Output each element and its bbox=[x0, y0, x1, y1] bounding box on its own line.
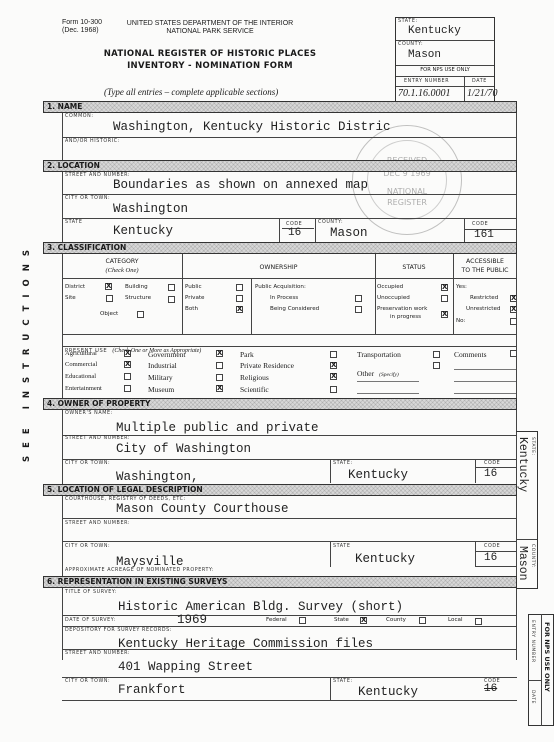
use-other-label-group: Other (Specify) bbox=[357, 361, 399, 380]
category-object-label: Object bbox=[100, 311, 118, 317]
use-religious-label: Religious bbox=[240, 373, 269, 382]
use-other-specify-note: (Specify) bbox=[379, 372, 399, 378]
corner-state-value: Kentucky bbox=[408, 25, 461, 37]
survey-local-label: Local bbox=[448, 617, 463, 623]
use-private-residence-label: Private Residence bbox=[240, 361, 294, 370]
legal-code-value[interactable]: 16 bbox=[484, 552, 497, 564]
survey-title-value[interactable]: Historic American Bldg. Survey (short) bbox=[118, 600, 403, 614]
form-title-line-2: INVENTORY - NOMINATION FORM bbox=[80, 60, 340, 72]
section-6-header: 6. REPRESENTATION IN EXISTING SURVEYS bbox=[43, 576, 517, 588]
category-district-label: District bbox=[65, 284, 85, 290]
agency-header: UNITED STATES DEPARTMENT OF THE INTERIOR… bbox=[110, 20, 310, 36]
survey-street-value[interactable]: 401 Wapping Street bbox=[118, 660, 253, 674]
use-scientific-checkbox[interactable] bbox=[330, 386, 337, 393]
type-instruction: (Type all entries – complete applicable … bbox=[104, 87, 278, 97]
use-transportation-checkbox[interactable] bbox=[433, 351, 440, 358]
use-museum-label: Museum bbox=[148, 385, 174, 394]
status-preservation-checkbox[interactable]: X bbox=[441, 311, 448, 318]
corner-date-value: 1/21/70 bbox=[467, 88, 498, 99]
owner-code-value[interactable]: 16 bbox=[484, 468, 497, 480]
corner-entry-number-value: 70.1.16.0001 bbox=[398, 88, 451, 99]
use-entertainment-checkbox[interactable] bbox=[124, 385, 131, 392]
survey-street-label: STREET AND NUMBER: bbox=[65, 651, 130, 656]
stamp-inner-ring bbox=[367, 140, 447, 220]
corner-state-label: STATE: bbox=[398, 19, 418, 24]
stamp-register: REGISTER bbox=[353, 198, 461, 207]
use-private-residence-checkbox[interactable]: X bbox=[330, 362, 337, 369]
category-site-checkbox[interactable] bbox=[106, 295, 113, 302]
use-park-label: Park bbox=[240, 350, 254, 359]
status-unoccupied-label: Unoccupied bbox=[377, 295, 410, 301]
right-entry-number-label: ENTRY NUMBER bbox=[530, 620, 535, 663]
use-industrial-label: Industrial bbox=[148, 361, 177, 370]
legal-state-label: STATE bbox=[333, 544, 350, 549]
accessible-yes-label: Yes: bbox=[456, 284, 467, 290]
survey-city-value[interactable]: Frankfort bbox=[118, 683, 186, 697]
category-building-label: Building bbox=[125, 284, 148, 290]
category-header: CATEGORY bbox=[62, 258, 182, 265]
use-agricultural-checkbox[interactable]: X bbox=[124, 350, 131, 357]
location-county-value[interactable]: Mason bbox=[330, 226, 368, 240]
survey-county-checkbox[interactable] bbox=[419, 617, 426, 624]
legal-state-value[interactable]: Kentucky bbox=[355, 552, 415, 566]
accessible-unrestricted-checkbox[interactable]: X bbox=[510, 306, 517, 313]
right-county-value: Mason bbox=[516, 546, 529, 581]
legal-street-label: STREET AND NUMBER: bbox=[65, 521, 130, 526]
survey-state-checkbox[interactable]: X bbox=[360, 617, 367, 624]
category-site-label: Site bbox=[65, 295, 76, 301]
depository-label: DEPOSITORY FOR SURVEY RECORDS: bbox=[65, 628, 172, 633]
owner-city-value[interactable]: Washington, bbox=[116, 470, 199, 484]
use-museum-checkbox[interactable]: X bbox=[216, 385, 223, 392]
section-3-header: 3. CLASSIFICATION bbox=[43, 242, 517, 254]
location-county-label: COUNTY: bbox=[318, 220, 343, 225]
status-occupied-label: Occupied bbox=[377, 284, 403, 290]
public-acquisition-label: Public Acquisition: bbox=[255, 284, 306, 290]
category-subheader: (Check One) bbox=[62, 267, 182, 274]
use-transportation-label: Transportation bbox=[357, 350, 401, 359]
use-comments-checkbox[interactable] bbox=[510, 350, 517, 357]
owner-state-label: STATE: bbox=[333, 461, 353, 466]
use-religious-checkbox[interactable]: X bbox=[330, 373, 337, 380]
acquisition-being-considered-label: Being Considered bbox=[270, 306, 319, 312]
legal-city-label: CITY OR TOWN: bbox=[65, 544, 110, 549]
ownership-both-checkbox[interactable]: X bbox=[236, 306, 243, 313]
location-state-code-value[interactable]: 16 bbox=[288, 227, 301, 239]
corner-date-label: DATE bbox=[472, 79, 487, 84]
use-industrial-checkbox[interactable] bbox=[216, 362, 223, 369]
use-entertainment-label: Entertainment bbox=[65, 385, 102, 392]
accessible-restricted-checkbox[interactable]: X bbox=[510, 295, 517, 302]
status-preservation-label-2: in progress bbox=[390, 314, 421, 320]
see-instructions-label: SEE INSTRUCTIONS bbox=[22, 262, 32, 462]
section-2-header: 2. LOCATION bbox=[43, 160, 517, 172]
location-state-label: STATE bbox=[65, 220, 82, 225]
use-commercial-checkbox[interactable]: X bbox=[124, 361, 131, 368]
use-agricultural-label: Agricultural bbox=[65, 350, 97, 357]
accessible-unrestricted-label: Unrestricted bbox=[466, 306, 500, 312]
owner-street-value[interactable]: City of Washington bbox=[116, 442, 251, 456]
ownership-both-label: Both bbox=[185, 306, 198, 312]
owner-name-value[interactable]: Multiple public and private bbox=[116, 421, 319, 435]
right-nps-label: FOR NPS USE ONLY bbox=[543, 622, 551, 692]
location-city-value[interactable]: Washington bbox=[113, 202, 188, 216]
owner-street-label: STREET AND NUMBER: bbox=[65, 436, 130, 441]
survey-city-label: CITY OR TOWN: bbox=[65, 679, 110, 684]
use-government-label: Government bbox=[148, 350, 186, 359]
category-structure-checkbox[interactable] bbox=[168, 296, 175, 303]
survey-state-label: State bbox=[334, 617, 349, 623]
section-1-header: 1. NAME bbox=[43, 101, 517, 113]
location-county-code-value[interactable]: 161 bbox=[474, 229, 494, 241]
right-date-label: DATE bbox=[530, 690, 535, 704]
form-number-text: Form 10-300 bbox=[62, 19, 102, 27]
form-date-text: (Dec. 1968) bbox=[62, 27, 102, 35]
ownership-private-checkbox[interactable] bbox=[236, 295, 243, 302]
survey-code-value[interactable]: 16 bbox=[484, 683, 497, 695]
right-state-value: Kentucky bbox=[516, 437, 529, 492]
survey-date-value[interactable]: 1969 bbox=[177, 613, 207, 627]
section-5-header: 5. LOCATION OF LEGAL DESCRIPTION bbox=[43, 484, 517, 496]
owner-state-value[interactable]: Kentucky bbox=[348, 468, 408, 482]
right-county-label: COUNTY: bbox=[530, 544, 535, 568]
survey-title-label: TITLE OF SURVEY: bbox=[65, 590, 117, 595]
survey-federal-checkbox[interactable] bbox=[299, 617, 306, 624]
agency-line-2: NATIONAL PARK SERVICE bbox=[110, 28, 310, 36]
right-state-label: STATE: bbox=[530, 437, 535, 456]
accessible-no-label: No: bbox=[456, 318, 466, 324]
use-scientific-label: Scientific bbox=[240, 385, 269, 394]
use-other-checkbox[interactable] bbox=[433, 362, 440, 369]
historic-name-label: AND/OR HISTORIC: bbox=[65, 139, 120, 144]
acreage-label: APPROXIMATE ACREAGE OF NOMINATED PROPERT… bbox=[65, 568, 214, 573]
common-name-label: COMMON: bbox=[65, 114, 94, 119]
acquisition-in-process-label: In Process bbox=[270, 295, 298, 301]
location-street-value[interactable]: Boundaries as shown on annexed map bbox=[113, 178, 368, 192]
survey-county-label: County bbox=[386, 617, 406, 623]
corner-nps-label: FOR NPS USE ONLY bbox=[396, 67, 494, 73]
use-commercial-label: Commercial bbox=[65, 361, 97, 368]
form-title-line-1: NATIONAL REGISTER OF HISTORIC PLACES bbox=[80, 48, 340, 60]
owner-city-label: CITY OR TOWN: bbox=[65, 461, 110, 466]
legal-city-value[interactable]: Maysville bbox=[116, 555, 184, 569]
status-occupied-checkbox[interactable]: X bbox=[441, 284, 448, 291]
category-building-checkbox[interactable] bbox=[168, 284, 175, 291]
use-military-label: Military bbox=[148, 373, 173, 382]
status-unoccupied-checkbox[interactable] bbox=[441, 295, 448, 302]
status-preservation-label: Preservation work bbox=[377, 306, 427, 312]
location-city-label: CITY OR TOWN: bbox=[65, 196, 110, 201]
owner-code-label: CODE bbox=[484, 461, 500, 466]
courthouse-value[interactable]: Mason County Courthouse bbox=[116, 502, 289, 516]
acquisition-being-considered-checkbox[interactable] bbox=[355, 306, 362, 313]
category-district-checkbox[interactable]: X bbox=[105, 283, 112, 290]
survey-local-checkbox[interactable] bbox=[475, 618, 482, 625]
category-structure-label: Structure bbox=[125, 295, 151, 301]
use-other-label: Other bbox=[357, 369, 374, 378]
form-title: NATIONAL REGISTER OF HISTORIC PLACES INV… bbox=[80, 48, 340, 72]
owner-name-label: OWNER'S NAME: bbox=[65, 411, 113, 416]
location-county-code-label: CODE bbox=[472, 222, 488, 227]
corner-state-county-box: STATE: Kentucky COUNTY: Mason FOR NPS US… bbox=[395, 17, 495, 102]
ownership-public-label: Public bbox=[185, 284, 202, 290]
agency-line-1: UNITED STATES DEPARTMENT OF THE INTERIOR bbox=[110, 20, 310, 28]
use-park-checkbox[interactable] bbox=[330, 351, 337, 358]
section-4-header: 4. OWNER OF PROPERTY bbox=[43, 398, 517, 410]
survey-state-name-label: STATE: bbox=[333, 679, 353, 684]
accessible-header-2: TO THE PUBLIC bbox=[453, 267, 517, 274]
ownership-public-checkbox[interactable] bbox=[236, 284, 243, 291]
survey-date-label: DATE OF SURVEY: bbox=[65, 618, 116, 623]
use-educational-checkbox[interactable] bbox=[124, 373, 131, 380]
corner-county-value: Mason bbox=[408, 49, 441, 61]
accessible-no-checkbox[interactable] bbox=[510, 318, 517, 325]
acquisition-in-process-checkbox[interactable] bbox=[355, 295, 362, 302]
corner-entry-number-label: ENTRY NUMBER bbox=[404, 79, 449, 84]
use-educational-label: Educational bbox=[65, 373, 96, 380]
survey-federal-label: Federal bbox=[266, 617, 287, 623]
form-number: Form 10-300 (Dec. 1968) bbox=[62, 19, 102, 35]
corner-county-label: COUNTY: bbox=[398, 42, 423, 47]
legal-code-label: CODE bbox=[484, 544, 500, 549]
status-header: STATUS bbox=[375, 264, 453, 271]
ownership-header: OWNERSHIP bbox=[182, 264, 375, 271]
ownership-private-label: Private bbox=[185, 295, 205, 301]
use-military-checkbox[interactable] bbox=[216, 374, 223, 381]
use-comments-label: Comments bbox=[454, 350, 487, 359]
use-government-checkbox[interactable]: X bbox=[216, 350, 223, 357]
category-object-checkbox[interactable] bbox=[137, 311, 144, 318]
survey-state-value[interactable]: Kentucky bbox=[358, 685, 418, 699]
location-state-value[interactable]: Kentucky bbox=[113, 224, 173, 238]
accessible-header-1: ACCESSIBLE bbox=[453, 258, 517, 265]
accessible-restricted-label: Restricted bbox=[470, 295, 498, 301]
common-name-value[interactable]: Washington, Kentucky Historic Distric bbox=[113, 120, 391, 134]
